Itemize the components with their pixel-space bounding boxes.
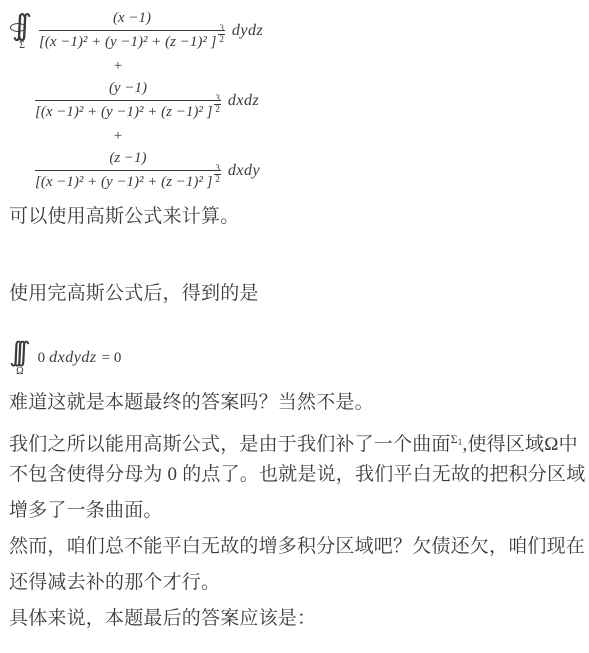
triple-integral-symbol: ∫∫∫ Ω [9,339,31,377]
closed-surface-integral-symbol: ∫∫ Σ [9,11,35,51]
paragraph-added-surface-line2: 不包含使得分母为 0 的点了。也就是说，我们平白无故的把积分区域 [9,457,589,493]
volume-integral-formula: ∫∫∫ Ω 0 dxdydz = 0 [9,339,589,377]
surface-integral-formula: ∫∫ Σ (x −1) [(x −1)² + (y −1)² + (z −1)²… [9,8,589,193]
differential-dydz: dydz [232,22,263,40]
paragraph-added-surface-line3: 增多了一条曲面。 [9,493,589,529]
denominator-expression: [(x −1)² + (y −1)² + (z −1)² ] [35,102,212,123]
integrand-zero: 0 [38,350,46,367]
differential-dxdydz: dxdydz [49,349,96,367]
exponent-three-halves: 3 2 [218,24,225,45]
differential-dxdz: dxdz [228,92,259,110]
sigma1-superscript: Σ1 [451,432,463,446]
exponent-denominator: 2 [215,175,220,185]
paragraph-debt-line2: 还得减去补的那个才行。 [9,565,589,601]
equals-zero-result: = 0 [102,350,122,367]
integral-subscript-omega: Ω [16,367,23,377]
differential-dxdy: dxdy [228,162,260,180]
triple-integral-glyph: ∫∫∫ [9,339,31,366]
line-text-pre: 我们之所以能用高斯公式，是由于我们补了一个曲面 [9,434,451,455]
surface-integral-term-3: (z −1) [(x −1)² + (y −1)² + (z −1)² ] 3 … [35,148,589,193]
document-page: ∫∫ Σ (x −1) [(x −1)² + (y −1)² + (z −1)²… [0,0,589,637]
fraction-term-1: (x −1) [(x −1)² + (y −1)² + (z −1)² ] 3 … [39,8,225,53]
fraction-numerator: (y −1) [35,78,221,101]
plus-sign-2: + [35,125,201,148]
integral-loop-icon [10,23,26,32]
paragraph-debt-line1: 然而，咱们总不能平白无故的增多积分区域吧？欠债还欠，咱们现在 [9,529,589,565]
fraction-numerator: (z −1) [35,148,221,171]
line-text-post: ,使得区域Ω中 [463,434,578,455]
paragraph-gauss-compute: 可以使用高斯公式来计算。 [9,202,589,232]
exponent-three-halves: 3 2 [214,94,221,115]
exponent-three-halves: 3 2 [214,164,221,185]
denominator-expression: [(x −1)² + (y −1)² + (z −1)² ] [35,172,212,193]
fraction-denominator: [(x −1)² + (y −1)² + (z −1)² ] 3 2 [35,101,221,123]
exponent-denominator: 2 [219,35,224,45]
plus-sign-1: + [35,55,201,78]
fraction-term-2: (y −1) [(x −1)² + (y −1)² + (z −1)² ] 3 … [35,78,221,123]
denominator-expression: [(x −1)² + (y −1)² + (z −1)² ] [39,32,216,53]
paragraph-final-answer-intro: 具体来说，本题最后的答案应该是： [9,601,589,637]
surface-integral-term-2: (y −1) [(x −1)² + (y −1)² + (z −1)² ] 3 … [35,78,589,123]
sigma-glyph: Σ [451,432,458,446]
fraction-denominator: [(x −1)² + (y −1)² + (z −1)² ] 3 2 [35,171,221,193]
paragraph-after-gauss: 使用完高斯公式后，得到的是 [9,279,589,309]
body-text: 难道这就是本题最终的答案吗？当然不是。 我们之所以能用高斯公式，是由于我们补了一… [9,385,589,637]
paragraph-is-this-answer: 难道这就是本题最终的答案吗？当然不是。 [9,385,589,421]
integral-subscript-sigma: Σ [19,41,25,51]
fraction-term-3: (z −1) [(x −1)² + (y −1)² + (z −1)² ] 3 … [35,148,221,193]
surface-integral-term-1: ∫∫ Σ (x −1) [(x −1)² + (y −1)² + (z −1)²… [9,8,589,53]
fraction-denominator: [(x −1)² + (y −1)² + (z −1)² ] 3 2 [39,31,225,53]
fraction-numerator: (x −1) [39,8,225,31]
paragraph-added-surface-line1: 我们之所以能用高斯公式，是由于我们补了一个曲面Σ1,使得区域Ω中 [9,421,589,457]
exponent-denominator: 2 [215,105,220,115]
